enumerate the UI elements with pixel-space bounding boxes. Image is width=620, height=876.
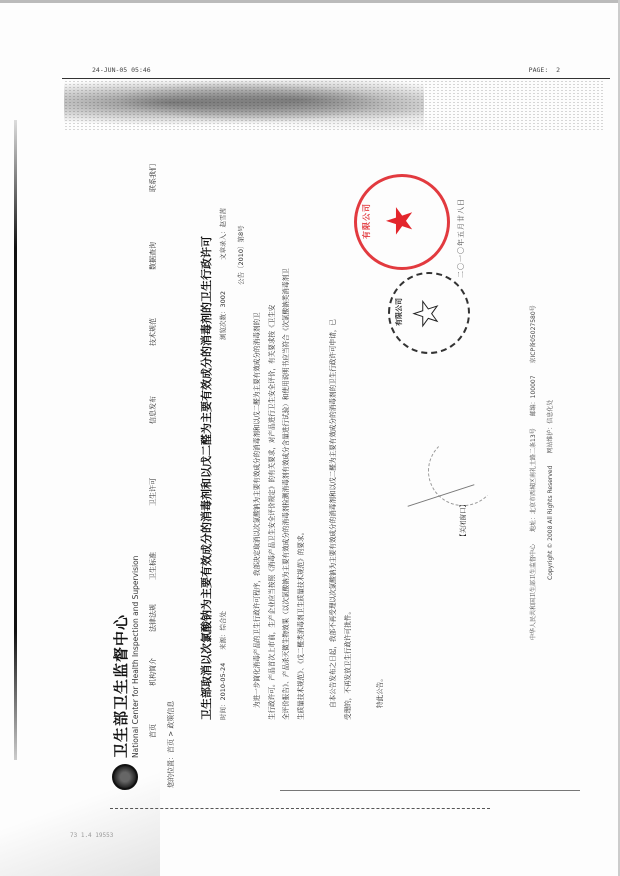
fax-timestamp: 24-JUN-05 05:46 — [92, 66, 151, 74]
body-line: 全评价报告》、产品杀灭微生物效果（以次氯酸钠为主要有效成分的消毒剂检测消毒剂有效… — [279, 150, 294, 720]
meta-author: 文章录入：赵雪茜 — [218, 208, 227, 260]
star-icon: ★ — [383, 205, 419, 237]
meta-date: 时间：2010-05-24 — [218, 663, 227, 720]
nav-standards[interactable]: 卫生标准 — [148, 552, 158, 580]
scan-mark-bottom-left: 73 1.4 19553 — [70, 832, 113, 839]
scan-rule-dashed — [110, 808, 490, 810]
breadcrumb: 您的位置：首页 > 政策信息 — [166, 701, 176, 788]
nav-licensing[interactable]: 卫生许可 — [148, 478, 158, 506]
footer-address: 中华人民共和国卫生部卫生监督中心 地址：北京市西城区南礼士路二条13号 邮编：1… — [528, 160, 537, 640]
scan-edge-left — [14, 120, 17, 760]
nav-contact[interactable]: 联系我们 — [148, 164, 158, 192]
nav-home[interactable]: 首页 — [148, 724, 158, 738]
nav-about[interactable]: 机构简介 — [148, 658, 158, 686]
fax-header: 24-JUN-05 05:46 PAGE: 2 — [62, 66, 610, 79]
body-line: 为进一步简化消毒产品的卫生行政许可程序，我部决定取消以次氯酸钠为主要有效成分的消… — [250, 150, 265, 720]
body-line: 生行政许可。产品首次上市前，生产企业应当按照《消毒产品卫生安全评价规定》的有关要… — [265, 150, 280, 720]
stamp-ring-text: 有限公司 — [394, 276, 404, 348]
stamp-ring-text: 有限公司 — [361, 181, 372, 261]
nav-announcements[interactable]: 信息发布 — [148, 396, 158, 424]
star-icon: ★ — [410, 299, 442, 328]
site-header: 卫生部卫生监督中心 National Center for Health Ins… — [110, 130, 150, 790]
ministry-emblem-icon — [112, 764, 138, 790]
body-line: 生质量技术规范》、《戊二醛类消毒剂卫生质量技术规范》的要求。 — [294, 150, 309, 720]
fax-page-indicator: PAGE: 2 — [529, 66, 560, 74]
main-nav: 首页 机构简介 法律法规 卫生标准 卫生许可 信息发布 技术规范 数据查询 联系… — [148, 130, 162, 758]
nav-technical[interactable]: 技术规范 — [148, 318, 158, 346]
body-line: 受理的，不再发放卫生行政许可批件。 — [341, 150, 356, 720]
fax-noise-dots — [64, 80, 604, 130]
nav-data-query[interactable]: 数据查询 — [148, 242, 158, 270]
rotated-printout: 卫生部卫生监督中心 National Center for Health Ins… — [110, 130, 580, 790]
meta-source: 来源：综合处 — [218, 611, 227, 650]
footer-copyright: Copyright © 2008 All Rights Reserved 网站维… — [545, 160, 554, 640]
site-title: 卫生部卫生监督中心 — [110, 614, 131, 758]
body-line: 自本公告发布之日起，我部不再受理以次氯酸钠为主要有效成分的消毒剂和以戊二醛为主要… — [326, 150, 341, 720]
site-title-en: National Center for Health Inspection an… — [131, 556, 140, 758]
nav-laws[interactable]: 法律法规 — [148, 604, 158, 632]
close-window-link[interactable]: 【关闭窗口】 — [458, 501, 467, 540]
article-title: 卫生部取消以次氯酸钠为主要有效成分的消毒剂和以戊二醛为主要有效成分的消毒剂的卫生… — [198, 236, 214, 720]
site-footer: 中华人民共和国卫生部卫生监督中心 地址：北京市西城区南礼士路二条13号 邮编：1… — [528, 160, 562, 640]
company-stamp-black: 有限公司 ★ — [388, 272, 470, 354]
scan-edge-top — [0, 0, 620, 3]
meta-views: 浏览次数：3002 — [218, 291, 227, 340]
company-stamp-red: 有限公司 ★ — [354, 174, 450, 270]
document-number: 公告〔2010〕第8号 — [236, 225, 245, 285]
scan-rule — [280, 790, 580, 791]
stamp-date: 二〇一〇年五月廿八日 — [456, 198, 466, 278]
